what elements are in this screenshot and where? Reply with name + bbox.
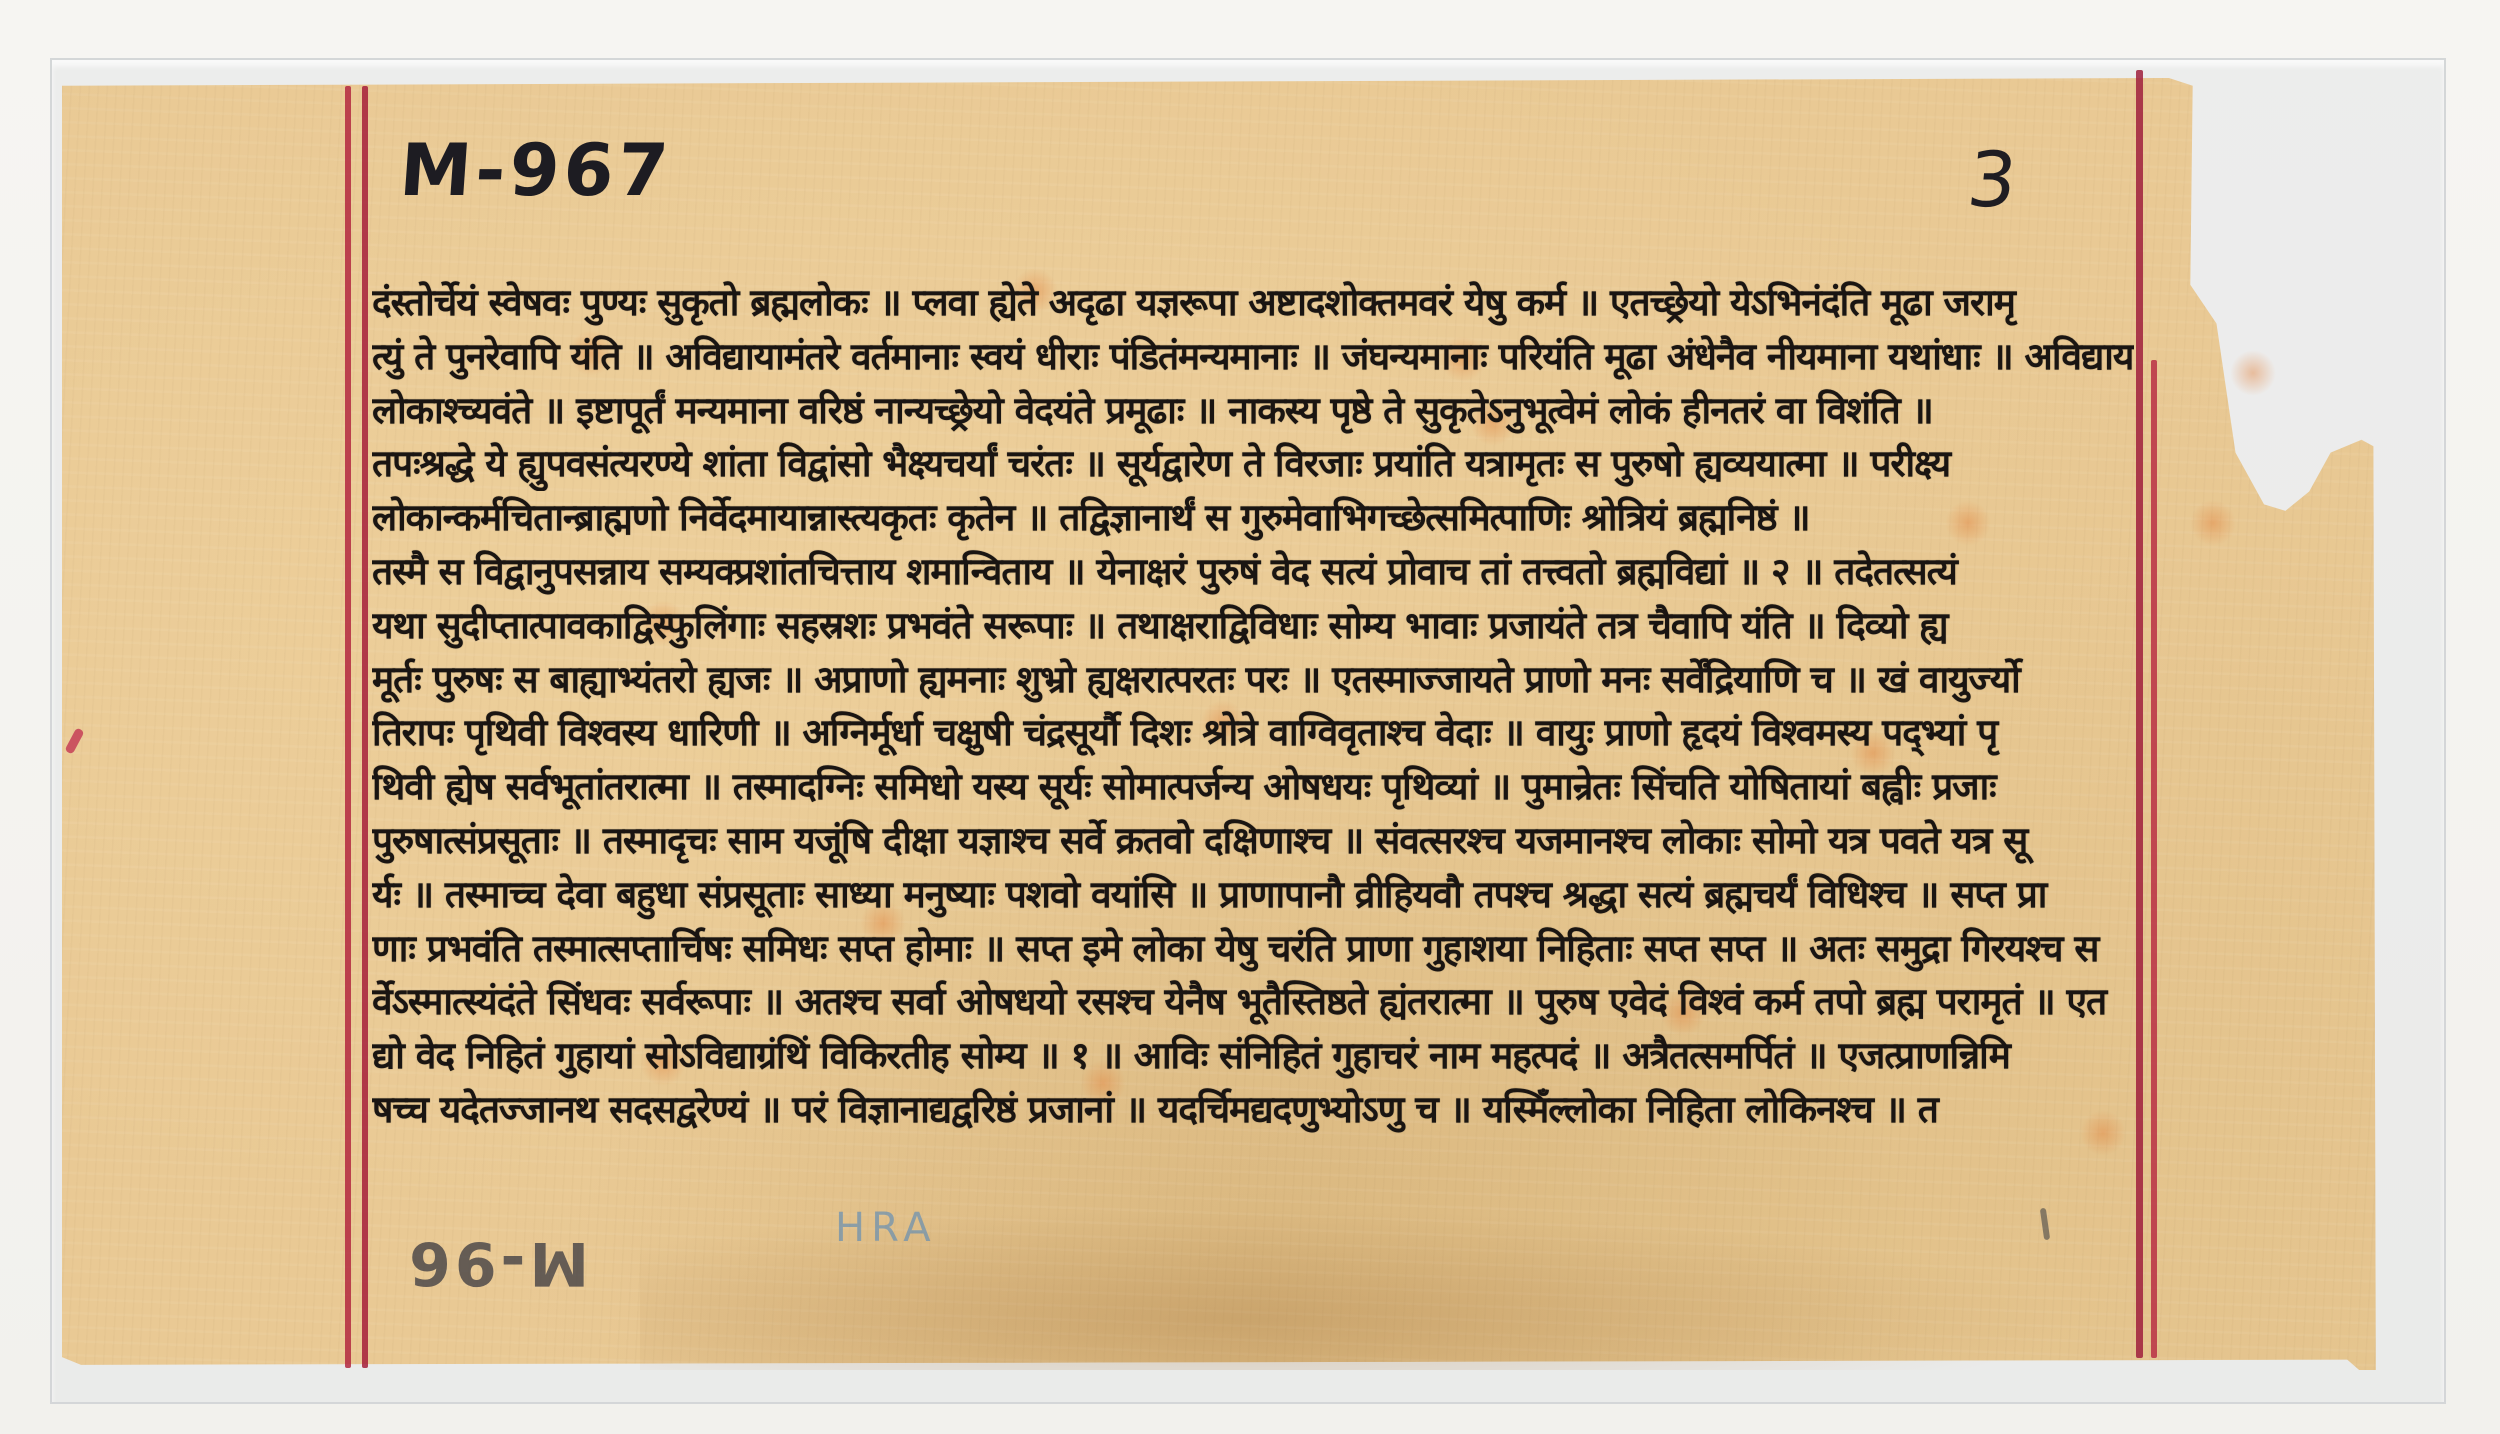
text-line-14: र्वेऽस्मात्स्यंदंते सिंधवः सर्वरूपाः ॥ अ… [372, 975, 2134, 1029]
text-line-7: यथा सुदीप्तात्पावकाद्विस्फुलिंगाः सहस्रश… [372, 599, 2134, 653]
text-line-1: दंस्तोर्चेयं स्वेषवः पुण्यः सुकृतो ब्रह्… [372, 276, 2134, 330]
text-line-3: लोकाश्च्यवंते ॥ इष्टापूर्तं मन्यमाना वरि… [372, 384, 2134, 438]
text-line-11: पुरुषात्संप्रसूताः ॥ तस्मादृचः साम यजूंष… [372, 814, 2134, 868]
manuscript-text: दंस्तोर्चेयं स्वेषवः पुण्यः सुकृतो ब्रह्… [372, 276, 2134, 1137]
text-line-5: लोकान्कर्मचितान्ब्राह्मणो निर्वेदमायान्न… [372, 491, 2134, 545]
text-line-10: थिवी ह्येष सर्वभूतांतरात्मा ॥ तस्मादग्नि… [372, 760, 2134, 814]
text-line-12: र्यः ॥ तस्माच्च देवा बहुधा संप्रसूताः सा… [372, 868, 2134, 922]
text-line-8: मूर्तः पुरुषः स बाह्याभ्यंतरो ह्यजः ॥ अप… [372, 653, 2134, 707]
right-margin-rule-outer [2151, 360, 2157, 1358]
text-line-2: त्युं ते पुनरेवापि यंति ॥ अविद्यायामंतरे… [372, 330, 2134, 384]
folio-number: 3 [1963, 135, 2021, 224]
text-line-15: द्यो वेद निहितं गुहायां सोऽविद्याग्रंथिं… [372, 1029, 2134, 1083]
left-margin-rule-inner [362, 86, 368, 1368]
mirrored-catalog-mark: M-96 [405, 1228, 589, 1298]
text-line-6: तस्मै स विद्वानुपसन्नाय सम्यक्प्रशांतचित… [372, 545, 2134, 599]
text-line-4: तपःश्रद्धे ये ह्युपवसंत्यरण्ये शांता विद… [372, 437, 2134, 491]
catalog-number: M-967 [397, 128, 675, 212]
left-margin-rule-outer [345, 86, 351, 1368]
scan-background: M-967 3 दंस्तोर्चेयं स्वेषवः पुण्यः सुकृ… [0, 0, 2500, 1434]
right-margin-rule-inner [2136, 70, 2143, 1358]
text-line-16: षच्च यदेतज्जानथ सदसद्वरेण्यं ॥ परं विज्ञ… [372, 1083, 2134, 1137]
text-line-9: तिरापः पृथिवी विश्वस्य धारिणी ॥ अग्निर्म… [372, 706, 2134, 760]
text-line-13: णाः प्रभवंति तस्मात्सप्तार्चिषः समिधः सप… [372, 922, 2134, 976]
blue-ink-stamp: HRA [835, 1205, 937, 1251]
